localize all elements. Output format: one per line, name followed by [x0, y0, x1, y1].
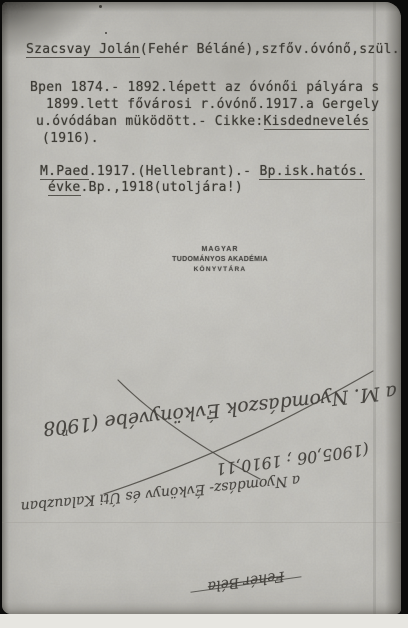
handwritten-insert: n [56, 425, 74, 443]
source-rest: .Bp.,1918(utoljára!) [81, 180, 244, 195]
article-journal-title: Kisdednevelés [264, 114, 370, 130]
biography-text: u.óvódában müködött.- Cikke: [36, 114, 264, 129]
typed-line-7: évke.Bp.,1918(utoljára!) [48, 180, 243, 195]
handwritten-note-3: a Nyomdász- Évkönyv és Úti Kalauzban [18, 467, 304, 518]
source-evkonyv: évke [48, 180, 81, 196]
stamp-line-tudomanyos-akademia: TUDOMÁNYOS AKADÉMIA [170, 256, 270, 263]
scan-bed-strip [0, 614, 408, 628]
typed-line-6: M.Paed.1917.(Hellebrant).- Bp.isk.hatós. [40, 164, 365, 179]
ink-speck [99, 5, 102, 8]
typed-line-2: Bpen 1874.- 1892.lépett az óvónői pályár… [30, 80, 379, 95]
typed-line-5: (1916). [42, 131, 99, 146]
library-stamp: MAGYAR TUDOMÁNYOS AKADÉMIA KÖNYVTÁRA [170, 246, 270, 273]
scanned-document: Szacsvay Jolán(Fehér Béláné),szfőv.óvónő… [0, 0, 408, 628]
source-mpaed: M.Paed [40, 164, 89, 180]
catalog-card: Szacsvay Jolán(Fehér Béláné),szfőv.óvónő… [2, 2, 401, 614]
person-details: (Fehér Béláné),szfőv.óvónő,szül. [140, 42, 400, 57]
stamp-line-konyvtara: KÖNYVTÁRA [170, 266, 270, 273]
source-details: .1917.(Hellebrant).- [89, 164, 260, 179]
typed-line-1: Szacsvay Jolán(Fehér Béláné),szfőv.óvónő… [26, 42, 400, 57]
source-bp-isk-hatos: Bp.isk.hatós. [259, 164, 365, 180]
ink-speck [105, 32, 107, 34]
person-name: Szacsvay Jolán [26, 42, 140, 58]
typed-line-3: 1899.lett fővárosi r.óvónő.1917.a Gergel… [46, 97, 379, 112]
stamp-line-magyar: MAGYAR [170, 246, 270, 253]
typed-line-4: u.óvódában müködött.- Cikke:Kisdednevelé… [36, 114, 369, 129]
paper-crease-line [2, 522, 401, 523]
handwritten-crossed-name: Fehér Béla [193, 564, 299, 598]
handwritten-note-1: a M. Nyomdászok Évkönyvébe (1908 [49, 377, 390, 442]
